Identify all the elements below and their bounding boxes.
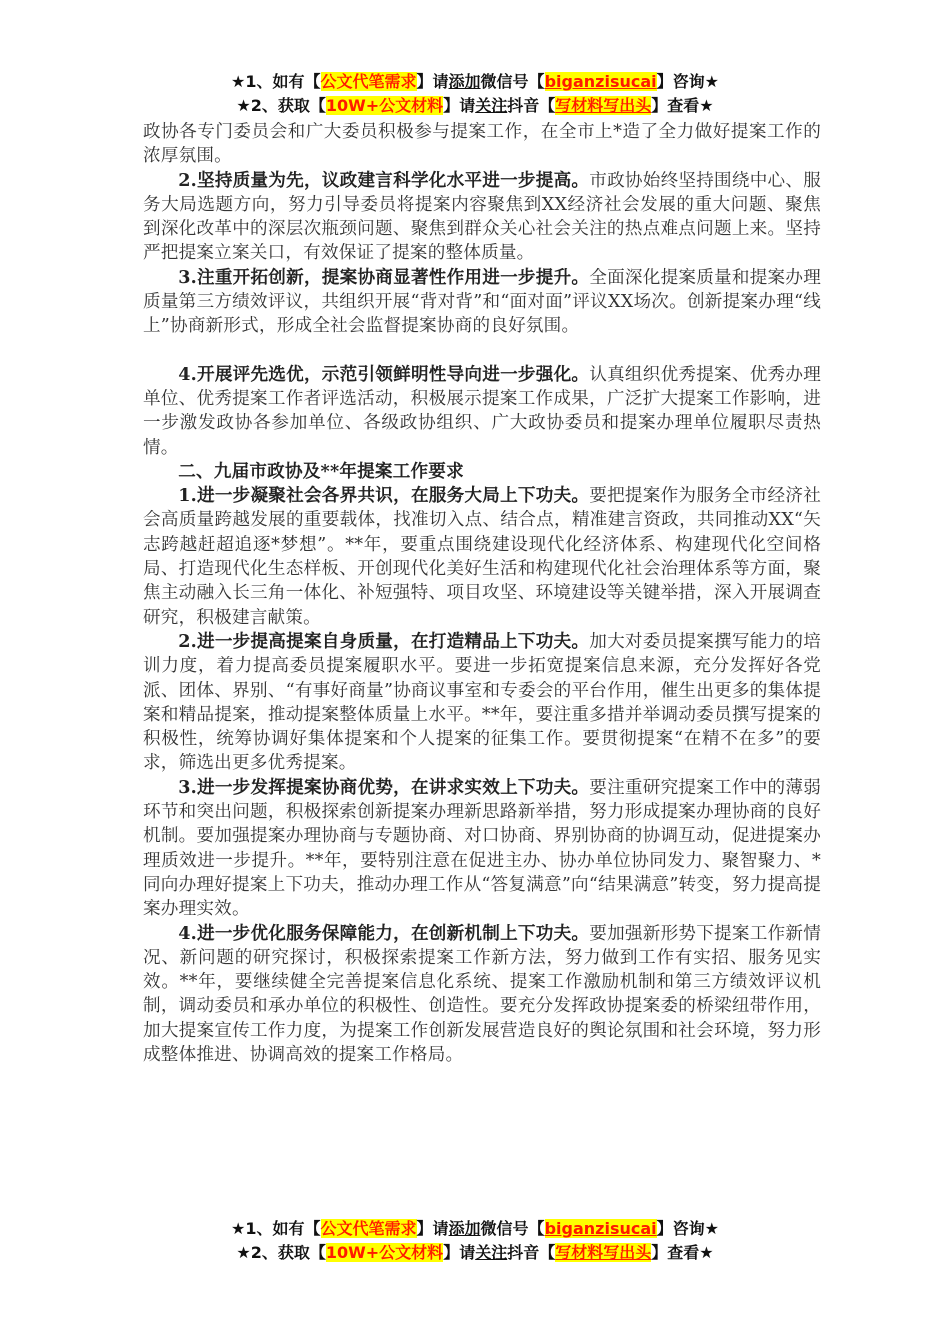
wechat-id-link[interactable]: biganzisucai — [545, 72, 657, 91]
section2-heading: 二、九届市政协及**年提案工作要求 — [143, 460, 821, 484]
highlight-materials: 10W+公文材料 — [326, 96, 443, 115]
banner-text: 】请 — [443, 96, 475, 115]
banner-text: ★2、获取【 — [236, 96, 325, 115]
item-body: 要把提案作为服务全市经济社会高质量跨越发展的重要载体，找准切入点、结合点，精准建… — [143, 486, 821, 627]
continuation-paragraph: 政协各专门委员会和广大委员积极参与提案工作，在全市上*造了全力做好提案工作的浓厚… — [143, 120, 821, 169]
item-lead: 4.开展评先选优，示范引领鲜明性导向进一步强化。 — [178, 364, 589, 385]
section1-item-3: 3.注重开拓创新，提案协商显著性作用进一步提升。全面深化提案质量和提案办理质量第… — [143, 266, 821, 339]
item-body: 要加强新形势下提案工作新情况、新问题的研究探讨，积极探索提案工作新方法，努力做到… — [143, 924, 821, 1065]
item-lead: 2.坚持质量为先，议政建言科学化水平进一步提高。 — [178, 170, 589, 191]
highlight-service: 公文代笔需求 — [321, 72, 417, 91]
banner-text: 】请 — [417, 1219, 449, 1238]
banner-text: 】查看★ — [651, 1243, 713, 1262]
section2-item-2: 2.进一步提高提案自身质量，在打造精品上下功夫。加大对委员提案撰写能力的培训力度… — [143, 630, 821, 776]
section2-item-3: 3.进一步发挥提案协商优势，在讲求实效上下功夫。要注重研究提案工作中的薄弱环节和… — [143, 776, 821, 922]
douyin-account-link[interactable]: 写材料写出头 — [555, 96, 651, 115]
bottom-banner: ★1、如有【公文代笔需求】请添加微信号【biganzisucai】咨询★ ★2、… — [0, 1217, 950, 1265]
underlined-add: 添加 — [449, 72, 481, 91]
banner-text: ★2、获取【 — [236, 1243, 325, 1262]
item-lead: 3.进一步发挥提案协商优势，在讲求实效上下功夫。 — [178, 777, 589, 798]
section1-item-2: 2.坚持质量为先，议政建言科学化水平进一步提高。市政协始终坚持围绕中心、服务大局… — [143, 169, 821, 266]
highlight-materials: 10W+公文材料 — [326, 1243, 443, 1262]
banner-text: 】请 — [417, 72, 449, 91]
document-body: 政协各专门委员会和广大委员积极参与提案工作，在全市上*造了全力做好提案工作的浓厚… — [143, 120, 821, 1067]
item-body: 加大对委员提案撰写能力的培训力度，着力提高委员提案履职水平。要进一步拓宽提案信息… — [143, 632, 821, 773]
underlined-add: 添加 — [449, 1219, 481, 1238]
banner-text: 】请 — [443, 1243, 475, 1262]
item-lead: 1.进一步凝聚社会各界共识，在服务大局上下功夫。 — [178, 485, 589, 506]
banner-text: 抖音【 — [507, 1243, 555, 1262]
banner-text: ★1、如有【 — [231, 1219, 320, 1238]
item-lead: 4.进一步优化服务保障能力，在创新机制上下功夫。 — [178, 923, 589, 944]
item-lead: 3.注重开拓创新，提案协商显著性作用进一步提升。 — [178, 267, 589, 288]
top-banner: ★1、如有【公文代笔需求】请添加微信号【biganzisucai】咨询★ ★2、… — [0, 70, 950, 118]
banner-line-1: ★1、如有【公文代笔需求】请添加微信号【biganzisucai】咨询★ — [0, 1217, 950, 1241]
banner-line-2: ★2、获取【10W+公文材料】请关注抖音【写材料写出头】查看★ — [0, 1241, 950, 1265]
banner-text: 抖音【 — [507, 96, 555, 115]
banner-text: 微信号【 — [481, 1219, 545, 1238]
underlined-follow: 关注 — [475, 96, 507, 115]
section2-item-1: 1.进一步凝聚社会各界共识，在服务大局上下功夫。要把提案作为服务全市经济社会高质… — [143, 484, 821, 630]
highlight-service: 公文代笔需求 — [321, 1219, 417, 1238]
section1-item-4: 4.开展评先选优，示范引领鲜明性导向进一步强化。认真组织优秀提案、优秀办理单位、… — [143, 363, 821, 460]
section2-item-4: 4.进一步优化服务保障能力，在创新机制上下功夫。要加强新形势下提案工作新情况、新… — [143, 922, 821, 1068]
banner-text: 】咨询★ — [657, 1219, 719, 1238]
banner-line-1: ★1、如有【公文代笔需求】请添加微信号【biganzisucai】咨询★ — [0, 70, 950, 94]
item-body: 要注重研究提案工作中的薄弱环节和突出问题，积极探索创新提案办理新思路新举措，努力… — [143, 778, 821, 919]
banner-text: 微信号【 — [481, 72, 545, 91]
banner-text: 】咨询★ — [657, 72, 719, 91]
banner-line-2: ★2、获取【10W+公文材料】请关注抖音【写材料写出头】查看★ — [0, 94, 950, 118]
douyin-account-link[interactable]: 写材料写出头 — [555, 1243, 651, 1262]
banner-text: 】查看★ — [651, 96, 713, 115]
banner-text: ★1、如有【 — [231, 72, 320, 91]
item-lead: 2.进一步提高提案自身质量，在打造精品上下功夫。 — [178, 631, 589, 652]
wechat-id-link[interactable]: biganzisucai — [545, 1219, 657, 1238]
underlined-follow: 关注 — [475, 1243, 507, 1262]
